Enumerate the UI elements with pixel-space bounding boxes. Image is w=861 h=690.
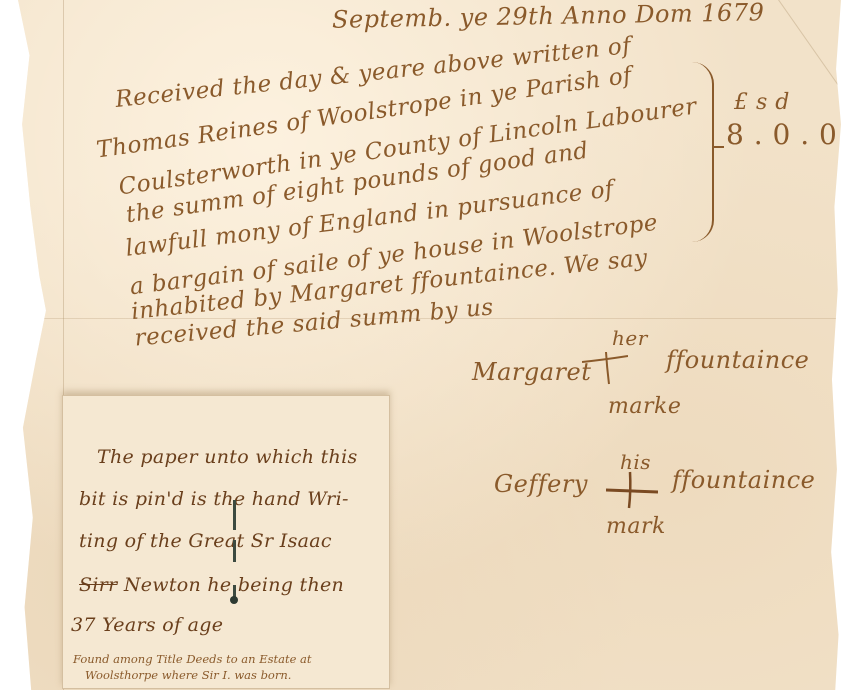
pin-head-icon — [230, 596, 238, 604]
slip-line-3: ting of the Great Sr Isaac — [79, 530, 332, 552]
signature-first-name: Geffery — [494, 470, 588, 498]
pinned-note-slip: The paper unto which this bit is pin'd i… — [62, 395, 390, 689]
signature-first-name: Margaret — [472, 358, 591, 386]
slip-note-line-2: Woolsthorpe where Sir I. was born. — [85, 668, 291, 682]
slip-line-5: 37 Years of age — [71, 614, 223, 636]
curly-brace-icon — [690, 62, 714, 242]
signature-mark-label: marke — [608, 394, 681, 419]
cross-mark-icon — [582, 350, 628, 386]
slip-line-2: bit is pin'd is the hand Wri- — [79, 488, 349, 510]
currency-heading: £ s d — [734, 90, 790, 115]
slip-line-1: The paper unto which this — [97, 446, 358, 468]
fold-crease-corner — [778, 0, 848, 98]
signature-mark-label: mark — [606, 514, 666, 539]
slip-note-line-1: Found among Title Deeds to an Estate at — [73, 652, 312, 666]
slip-line-4: Sirr Newton he being then — [79, 574, 344, 596]
pin-icon — [233, 500, 236, 600]
cross-mark-icon — [606, 470, 658, 510]
signature-surname: ffountaince — [672, 466, 815, 494]
struck-word: Sirr — [79, 574, 117, 596]
amount-value: 8 . 0 . 0 — [726, 118, 837, 151]
signature-pronoun: her — [612, 326, 648, 350]
signature-surname: ffountaince — [666, 346, 809, 374]
